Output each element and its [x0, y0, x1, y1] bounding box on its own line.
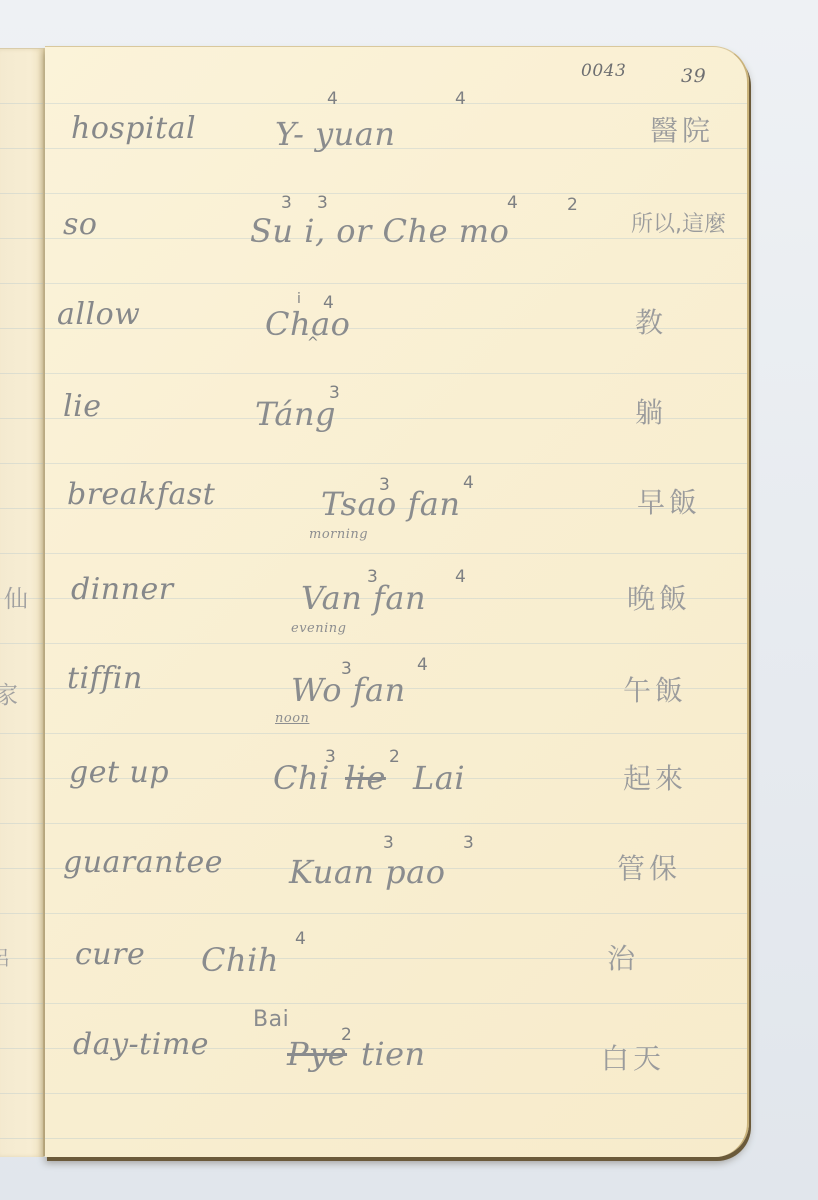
chinese-characters: 晚飯 — [627, 577, 691, 617]
pinyin: Y- yuan — [275, 115, 395, 153]
pinyin: Chi — [273, 759, 330, 797]
pinyin: Kuan pao — [289, 853, 446, 891]
tone-mark: 3 — [341, 659, 352, 679]
tone-mark: 4 — [295, 929, 306, 949]
english-word: day-time — [73, 1027, 209, 1062]
tone-mark: 4 — [417, 655, 428, 675]
pinyin: Táng — [255, 395, 336, 433]
tone-mark: 4 — [323, 293, 334, 313]
gloss-note: evening — [291, 621, 346, 636]
pinyin: Chih — [201, 941, 279, 979]
chinese-characters: 管保 — [617, 847, 681, 887]
tone-mark: 3 — [329, 383, 340, 403]
english-word: lie — [63, 389, 101, 424]
tone-mark: 2 — [341, 1025, 352, 1045]
tone-mark: 4 — [455, 89, 466, 109]
chinese-characters: 教 — [635, 301, 667, 341]
pinyin: Van fan — [301, 579, 426, 617]
pinyin: Tsao fan — [321, 485, 460, 523]
chinese-characters: 醫院 — [650, 109, 714, 149]
chinese-characters: 所以,這麼 — [631, 207, 726, 238]
chinese-characters: 午飯 — [623, 669, 687, 709]
tone-mark: 4 — [455, 567, 466, 587]
left-page-fragment: 呂 — [0, 942, 10, 971]
pinyin-correction: Bai — [253, 1007, 289, 1032]
gloss-note: morning — [309, 527, 368, 542]
english-word: breakfast — [67, 477, 215, 512]
pinyin-struck: lie — [345, 759, 386, 797]
tone-mark: 3 — [379, 475, 390, 495]
page-stamp-number: 0043 — [581, 61, 626, 81]
tone-mark: 3 — [325, 747, 336, 767]
chinese-characters: 白天 — [601, 1037, 665, 1077]
tone-mark: 3 — [383, 833, 394, 853]
page-handwritten-number: 39 — [681, 65, 706, 87]
tone-mark: 2 — [389, 747, 400, 767]
english-word: tiffin — [67, 661, 143, 696]
english-word: so — [63, 207, 97, 242]
pinyin: Su i, or Che mo — [250, 212, 509, 250]
pinyin: Lai — [413, 759, 465, 797]
english-word: hospital — [71, 111, 196, 146]
tone-mark: 4 — [507, 193, 518, 213]
left-facing-page: 仙 家 呂 — [0, 48, 44, 1157]
caret-mark: ^ — [307, 335, 319, 351]
tone-mark: 3 — [281, 193, 292, 213]
pinyin: tien — [361, 1035, 426, 1073]
chinese-characters: 早飯 — [637, 481, 701, 521]
chinese-characters: 治 — [607, 937, 639, 977]
tone-mark: 3 — [317, 193, 328, 213]
english-word: dinner — [71, 572, 174, 607]
tone-mark: 4 — [463, 473, 474, 493]
chinese-characters: 躺 — [635, 391, 667, 431]
scan-background: 仙 家 呂 0043 39 hospital Y- yuan 4 4 醫院 so… — [0, 0, 818, 1200]
tone-mark: 3 — [463, 833, 474, 853]
tone-mark: 2 — [567, 195, 578, 215]
tone-mark: 3 — [367, 567, 378, 587]
chinese-characters: 起來 — [623, 757, 687, 797]
english-word: guarantee — [63, 845, 223, 880]
notebook-page: 0043 39 hospital Y- yuan 4 4 醫院 so Su i,… — [45, 46, 749, 1157]
english-word: cure — [75, 937, 145, 972]
left-page-fragment: 家 — [0, 675, 18, 710]
english-word: allow — [57, 297, 140, 332]
gloss-note: noon — [275, 711, 309, 726]
pinyin-struck: Pye — [287, 1035, 347, 1073]
left-page-fragment: 仙 — [4, 579, 28, 614]
english-word: get up — [69, 755, 169, 790]
tone-mark: 4 — [327, 89, 338, 109]
pinyin-insert: i — [297, 291, 301, 307]
